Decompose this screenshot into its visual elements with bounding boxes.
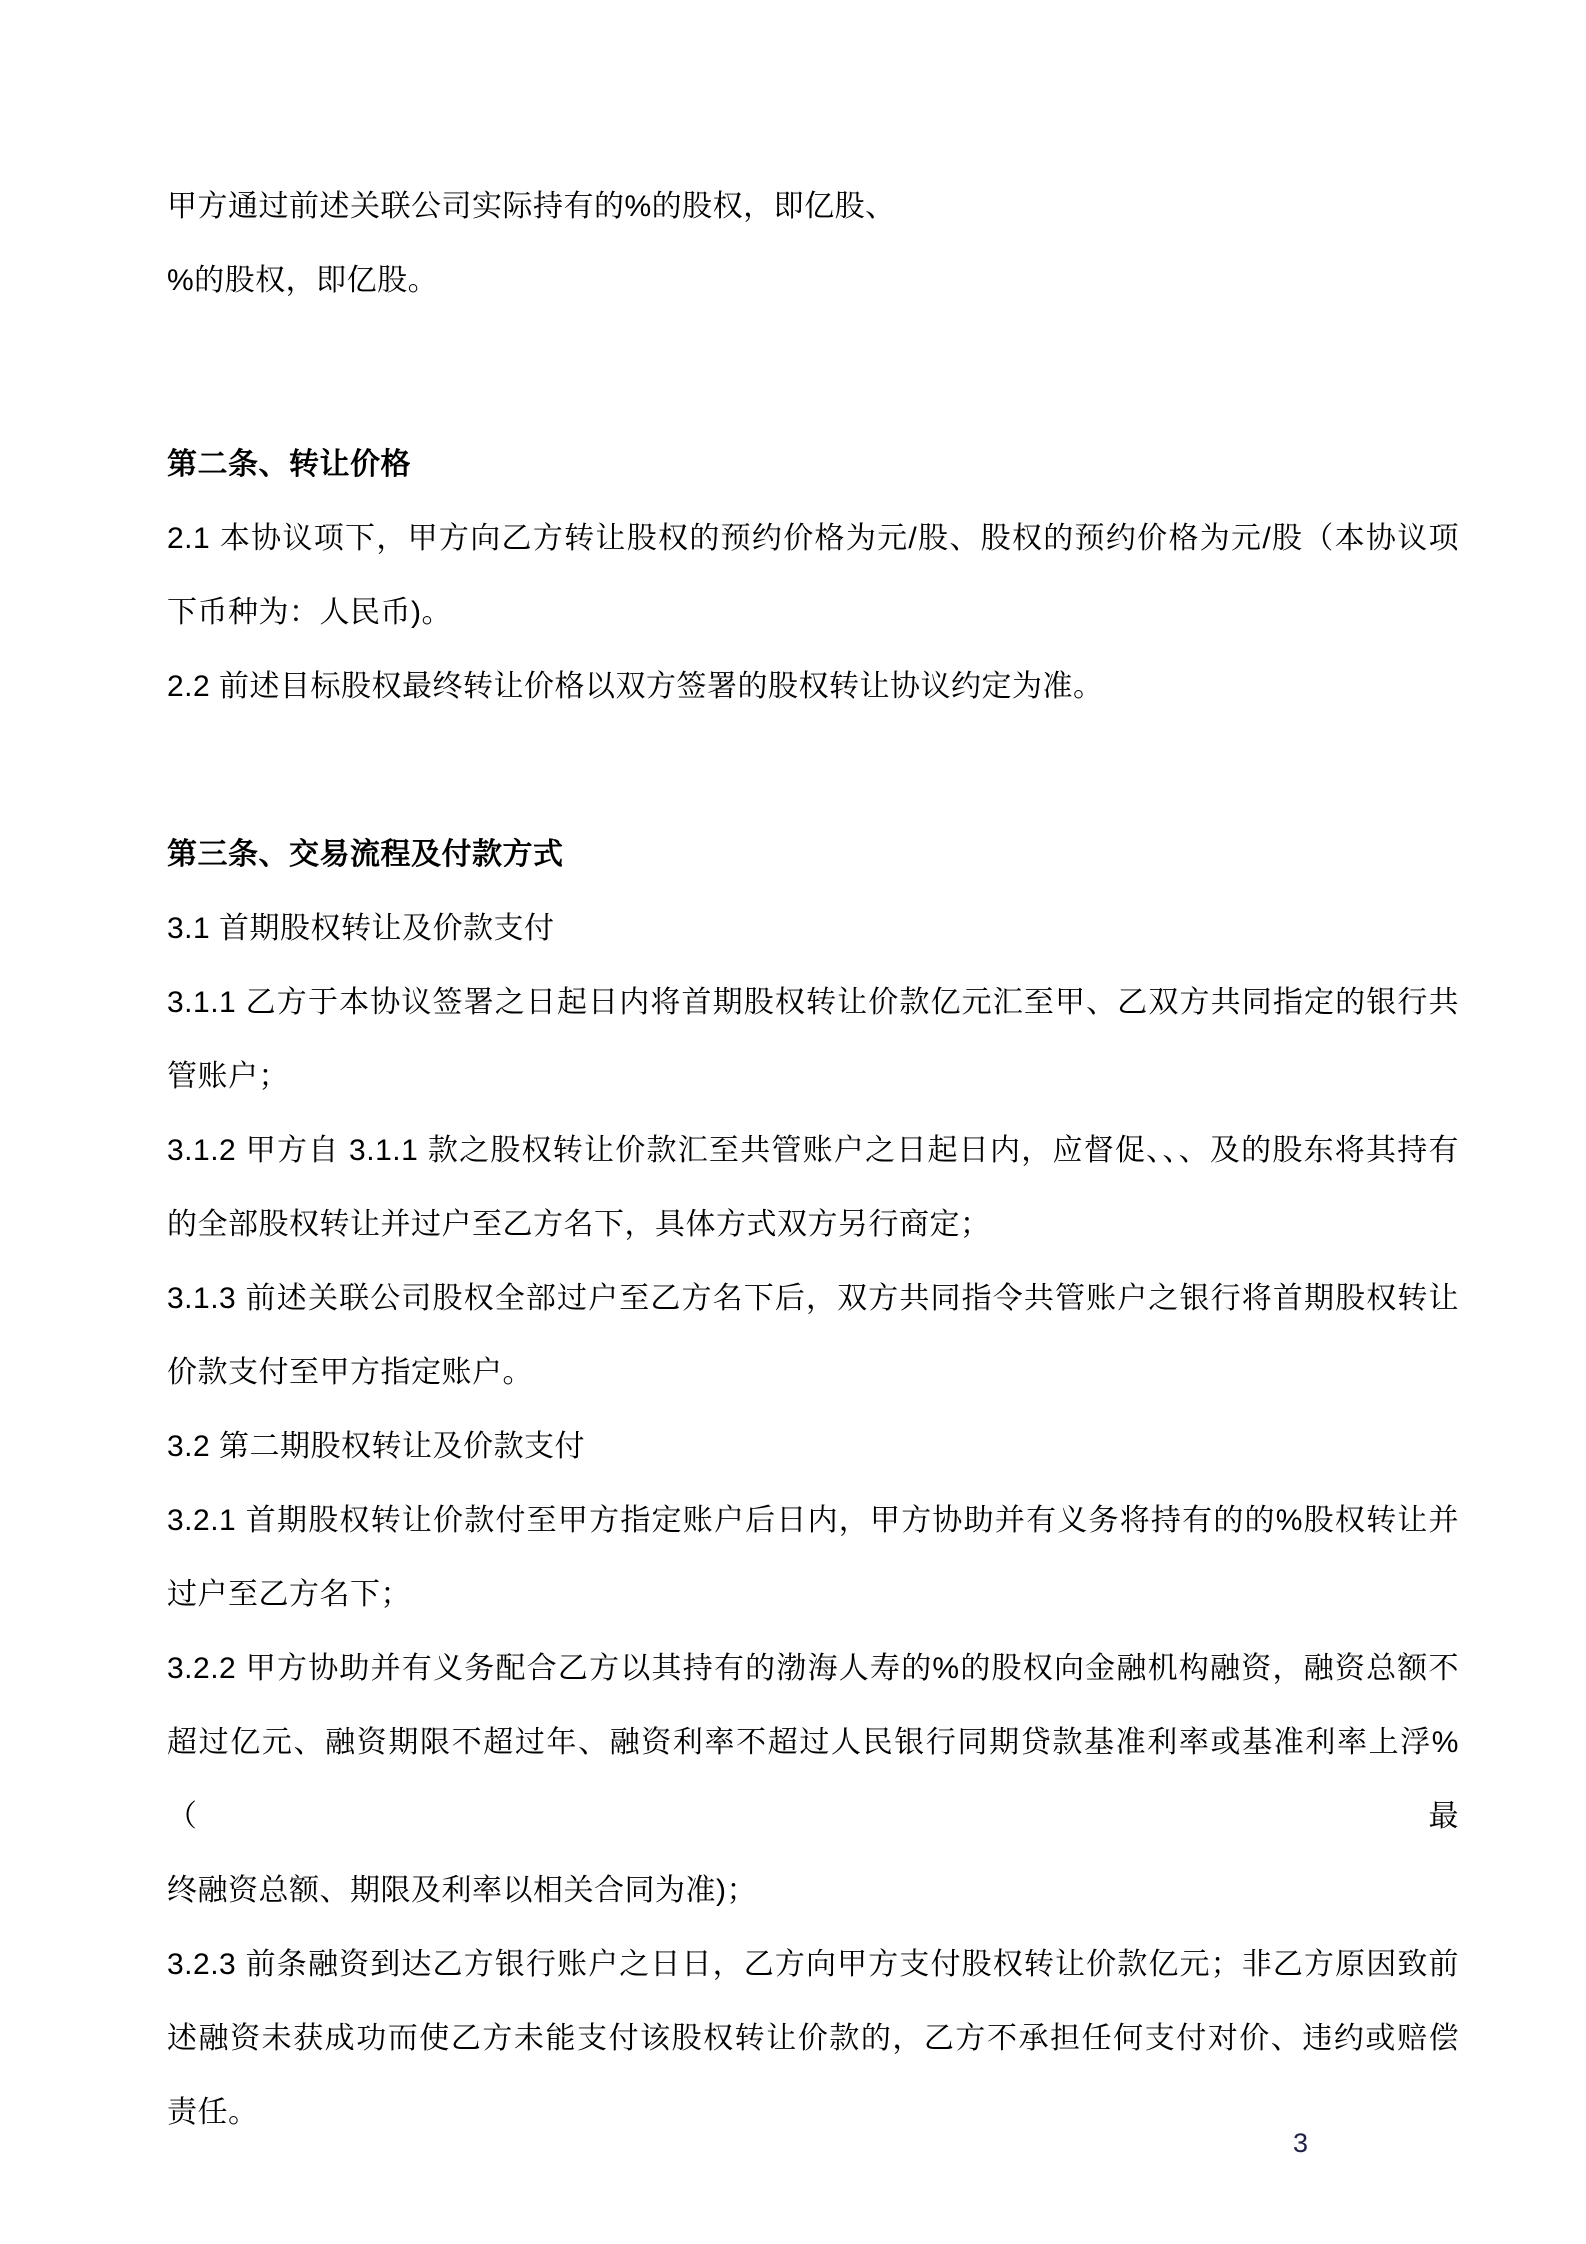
contract-body: 甲方通过前述关联公司实际持有的%的股权，即亿股、%的股权，即亿股。第二条、转让价… (167, 170, 1459, 2150)
contract-paragraph: 3.1 首期股权转让及价款支付 (167, 892, 1459, 966)
contract-paragraph: 3.1.1 乙方于本协议签署之日起日内将首期股权转让价款亿元汇至甲、乙双方共同指… (167, 966, 1459, 1114)
contract-paragraph: 甲方通过前述关联公司实际持有的%的股权，即亿股、%的股权，即亿股。 (167, 170, 1459, 318)
text-line: 3.1.3 前述关联公司股权全部过户至乙方名下后，双方共同指令共管账户之银行将首… (167, 1262, 1459, 1336)
contract-paragraph: 2.1 本协议项下，甲方向乙方转让股权的预约价格为元/股、股权的预约价格为元/股… (167, 502, 1459, 650)
text-line: 2.2 前述目标股权最终转让价格以双方签署的股权转让协议约定为准。 (167, 650, 1459, 724)
text-line: 3.2.3 前条融资到达乙方银行账户之日日，乙方向甲方支付股权转让价款亿元；非乙… (167, 1928, 1459, 2002)
contract-paragraph: 3.2.1 首期股权转让价款付至甲方指定账户后日内，甲方协助并有义务将持有的的%… (167, 1484, 1459, 1632)
text-line: 3.1.2 甲方自 3.1.1 款之股权转让价款汇至共管账户之日起日内，应督促、… (167, 1114, 1459, 1188)
contract-paragraph: 2.2 前述目标股权最终转让价格以双方签署的股权转让协议约定为准。 (167, 650, 1459, 724)
contract-paragraph: 3.1.2 甲方自 3.1.1 款之股权转让价款汇至共管账户之日起日内，应督促、… (167, 1114, 1459, 1262)
text-line: 3.1.1 乙方于本协议签署之日起日内将首期股权转让价款亿元汇至甲、乙双方共同指… (167, 966, 1459, 1040)
text-line: %的股权，即亿股。 (167, 244, 1459, 318)
contract-paragraph: 3.2.2 甲方协助并有义务配合乙方以其持有的渤海人寿的%的股权向金融机构融资，… (167, 1632, 1459, 1928)
document-page: 甲方通过前述关联公司实际持有的%的股权，即亿股、%的股权，即亿股。第二条、转让价… (0, 0, 1586, 2244)
text-line: 过户至乙方名下； (167, 1558, 1459, 1632)
text-line: 责任。 (167, 2076, 1459, 2150)
text-line: 超过亿元、融资期限不超过年、融资利率不超过人民银行同期贷款基准利率或基准利率上浮… (167, 1706, 1459, 1854)
text-line: 述融资未获成功而使乙方未能支付该股权转让价款的，乙方不承担任何支付对价、违约或赔… (167, 2002, 1459, 2076)
text-line: 2.1 本协议项下，甲方向乙方转让股权的预约价格为元/股、股权的预约价格为元/股… (167, 502, 1459, 576)
text-line: 下币种为：人民币)。 (167, 576, 1459, 650)
contract-paragraph: 3.1.3 前述关联公司股权全部过户至乙方名下后，双方共同指令共管账户之银行将首… (167, 1262, 1459, 1410)
text-line: 的全部股权转让并过户至乙方名下，具体方式双方另行商定； (167, 1188, 1459, 1262)
text-line: 价款支付至甲方指定账户。 (167, 1336, 1459, 1410)
text-line: 甲方通过前述关联公司实际持有的%的股权，即亿股、 (167, 170, 1459, 244)
text-line: 管账户； (167, 1040, 1459, 1114)
text-line: 第三条、交易流程及付款方式 (167, 818, 1459, 892)
text-line: 3.2 第二期股权转让及价款支付 (167, 1410, 1459, 1484)
section-heading: 第三条、交易流程及付款方式 (167, 818, 1459, 892)
page-number: 3 (1293, 2126, 1308, 2160)
text-line: 3.2.1 首期股权转让价款付至甲方指定账户后日内，甲方协助并有义务将持有的的%… (167, 1484, 1459, 1558)
text-line: 第二条、转让价格 (167, 428, 1459, 502)
text-line: 3.1 首期股权转让及价款支付 (167, 892, 1459, 966)
contract-paragraph: 3.2.3 前条融资到达乙方银行账户之日日，乙方向甲方支付股权转让价款亿元；非乙… (167, 1928, 1459, 2150)
contract-paragraph: 3.2 第二期股权转让及价款支付 (167, 1410, 1459, 1484)
text-line: 3.2.2 甲方协助并有义务配合乙方以其持有的渤海人寿的%的股权向金融机构融资，… (167, 1632, 1459, 1706)
section-heading: 第二条、转让价格 (167, 428, 1459, 502)
text-line: 终融资总额、期限及利率以相关合同为准)； (167, 1854, 1459, 1928)
